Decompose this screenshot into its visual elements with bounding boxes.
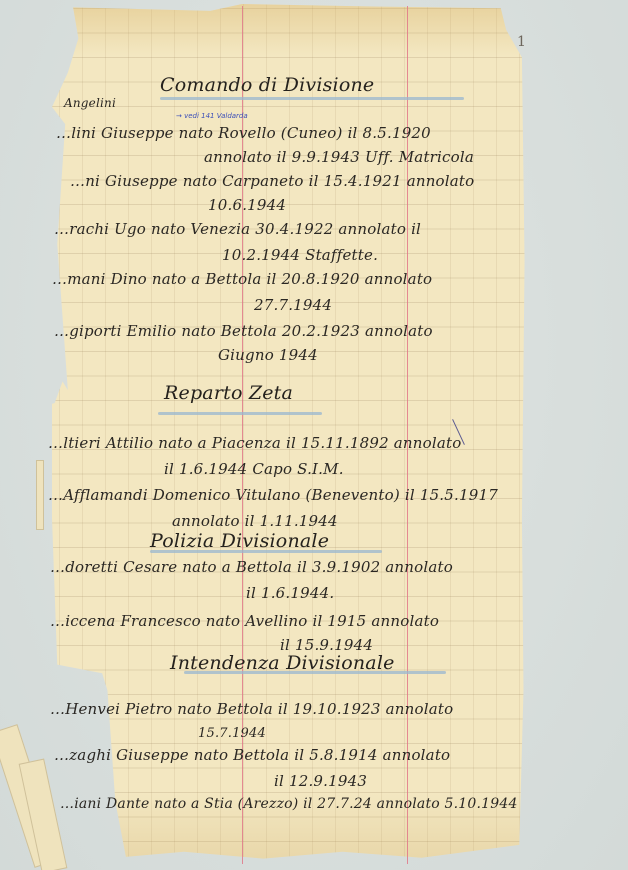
entry-line: …rachi Ugo nato Venezia 30.4.1922 annola… bbox=[54, 220, 421, 238]
entry-line: …iccena Francesco nato Avellino il 1915 … bbox=[50, 612, 439, 630]
entry-prefix: Angelini bbox=[64, 96, 116, 110]
section-heading: Reparto Zeta bbox=[164, 382, 293, 404]
heading-underline bbox=[150, 550, 382, 553]
heading-underline bbox=[160, 97, 464, 100]
entry-line: 27.7.1944 bbox=[254, 296, 332, 314]
entry-line: …ni Giuseppe nato Carpaneto il 15.4.1921… bbox=[70, 172, 474, 190]
entry-line: …doretti Cesare nato a Bettola il 3.9.19… bbox=[50, 558, 453, 576]
folded-edge-strip bbox=[36, 460, 44, 530]
entry-line: …giporti Emilio nato Bettola 20.2.1923 a… bbox=[54, 322, 433, 340]
section-heading: Comando di Divisione bbox=[160, 74, 374, 96]
entry-line: …lini Giuseppe nato Rovello (Cuneo) il 8… bbox=[56, 124, 431, 142]
entry-line: 10.6.1944 bbox=[208, 196, 286, 214]
document-page: 1 Comando di Divisione Angelini → vedi 1… bbox=[0, 0, 628, 870]
entry-line: il 1.6.1944 Capo S.I.M. bbox=[164, 460, 344, 478]
entry-line: 10.2.1944 Staffette. bbox=[222, 246, 378, 264]
entry-line: …mani Dino nato a Bettola il 20.8.1920 a… bbox=[52, 270, 432, 288]
blue-annotation: → vedi 141 Valdarda bbox=[176, 112, 248, 120]
heading-underline bbox=[158, 412, 322, 415]
page-number: 1 bbox=[517, 34, 526, 50]
entry-line: …Henvei Pietro nato Bettola il 19.10.192… bbox=[50, 700, 453, 718]
entry-line: annolato il 9.9.1943 Uff. Matricola bbox=[204, 148, 474, 166]
entry-line: il 1.6.1944. bbox=[246, 584, 334, 602]
entry-line: …ltieri Attilio nato a Piacenza il 15.11… bbox=[48, 434, 462, 452]
entry-line: …iani Dante nato a Stia (Arezzo) il 27.7… bbox=[60, 796, 518, 812]
entry-line: …Afflamandi Domenico Vitulano (Benevento… bbox=[48, 486, 498, 504]
section-heading: Polizia Divisionale bbox=[150, 530, 329, 552]
entry-line: il 12.9.1943 bbox=[274, 772, 367, 790]
entry-line: …zaghi Giuseppe nato Bettola il 5.8.1914… bbox=[54, 746, 450, 764]
entry-line: Giugno 1944 bbox=[218, 346, 318, 364]
heading-underline bbox=[184, 671, 446, 674]
entry-line: annolato il 1.11.1944 bbox=[172, 512, 338, 530]
entry-line: 15.7.1944 bbox=[198, 726, 266, 741]
